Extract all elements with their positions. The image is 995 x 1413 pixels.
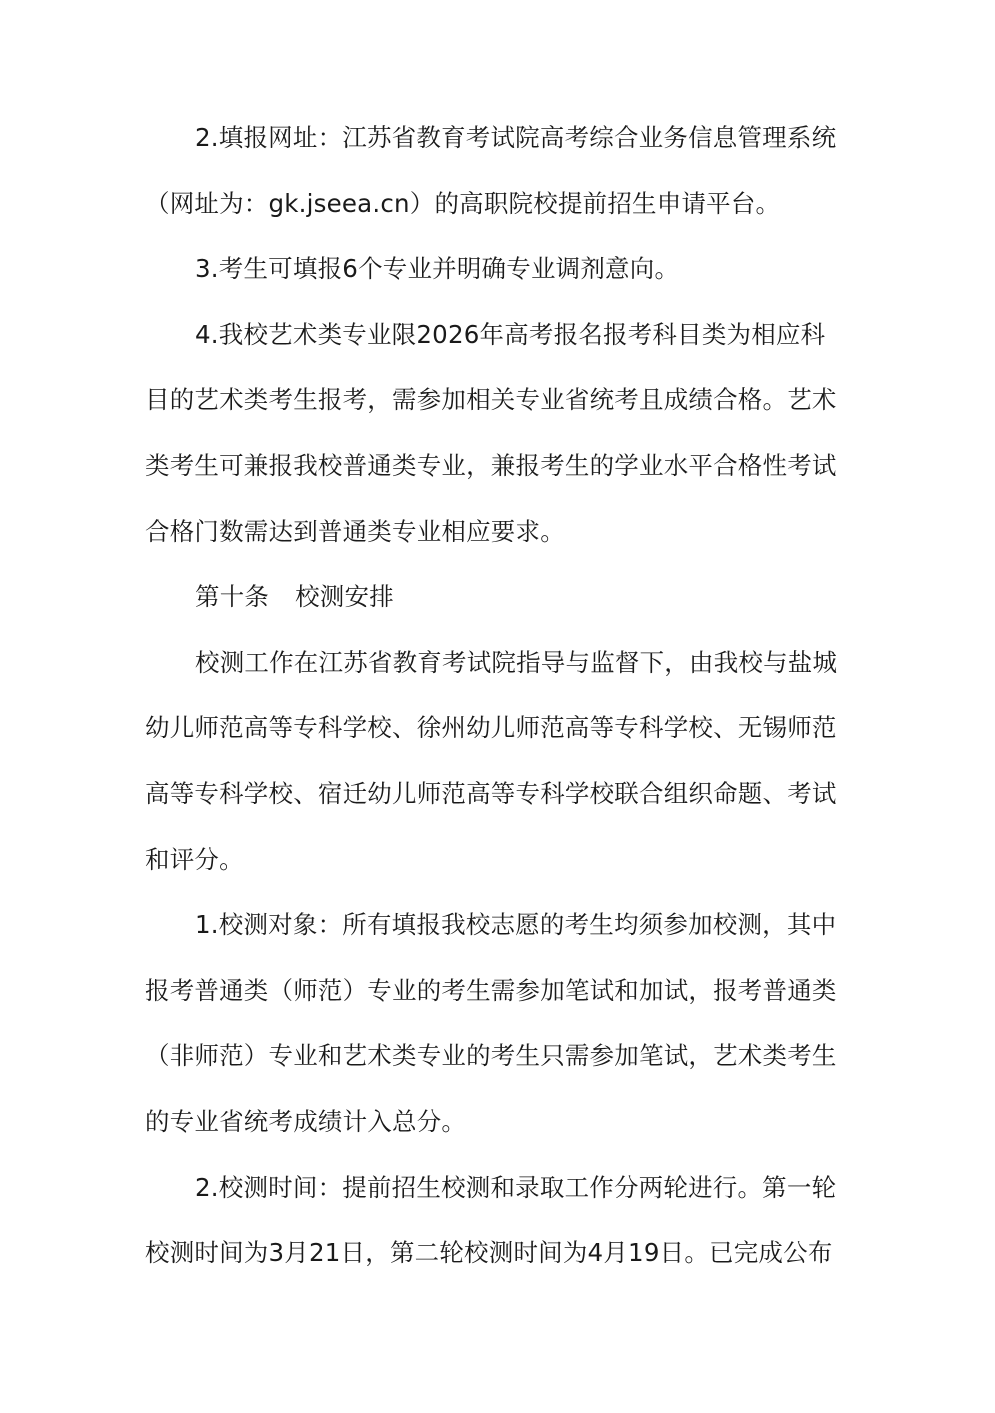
- paragraph-line: 幼儿师范高等专科学校、徐州幼儿师范高等专科学校、无锡师范: [145, 708, 855, 774]
- section-number: 第十条: [195, 582, 269, 611]
- paragraph-line: 1.校测对象：所有填报我校志愿的考生均须参加校测，其中: [145, 905, 855, 971]
- paragraph-line: 2.填报网址：江苏省教育考试院高考综合业务信息管理系统: [145, 118, 855, 184]
- paragraph-line: 类考生可兼报我校普通类专业，兼报考生的学业水平合格性考试: [145, 446, 855, 512]
- paragraph-line: 3.考生可填报6个专业并明确专业调剂意向。: [145, 249, 855, 315]
- paragraph-line: 报考普通类（师范）专业的考生需参加笔试和加试，报考普通类: [145, 971, 855, 1037]
- paragraph-line: 和评分。: [145, 840, 855, 906]
- paragraph-line: 的专业省统考成绩计入总分。: [145, 1102, 855, 1168]
- section-title: 校测安排: [295, 582, 394, 611]
- section-heading: 第十条校测安排: [145, 577, 855, 643]
- paragraph-line: 4.我校艺术类专业限2026年高考报名报考科目类为相应科: [145, 315, 855, 381]
- paragraph-line: 校测时间为3月21日，第二轮校测时间为4月19日。已完成公布: [145, 1233, 855, 1299]
- paragraph-line: （非师范）专业和艺术类专业的考生只需参加笔试，艺术类考生: [145, 1036, 855, 1102]
- document-page: 2.填报网址：江苏省教育考试院高考综合业务信息管理系统 （网址为：gk.jsee…: [145, 118, 855, 1299]
- paragraph-line: （网址为：gk.jseea.cn）的高职院校提前招生申请平台。: [145, 184, 855, 250]
- paragraph-line: 2.校测时间：提前招生校测和录取工作分两轮进行。第一轮: [145, 1168, 855, 1234]
- paragraph-line: 高等专科学校、宿迁幼儿师范高等专科学校联合组织命题、考试: [145, 774, 855, 840]
- paragraph-line: 合格门数需达到普通类专业相应要求。: [145, 512, 855, 578]
- paragraph-line: 目的艺术类考生报考，需参加相关专业省统考且成绩合格。艺术: [145, 380, 855, 446]
- paragraph-line: 校测工作在江苏省教育考试院指导与监督下，由我校与盐城: [145, 643, 855, 709]
